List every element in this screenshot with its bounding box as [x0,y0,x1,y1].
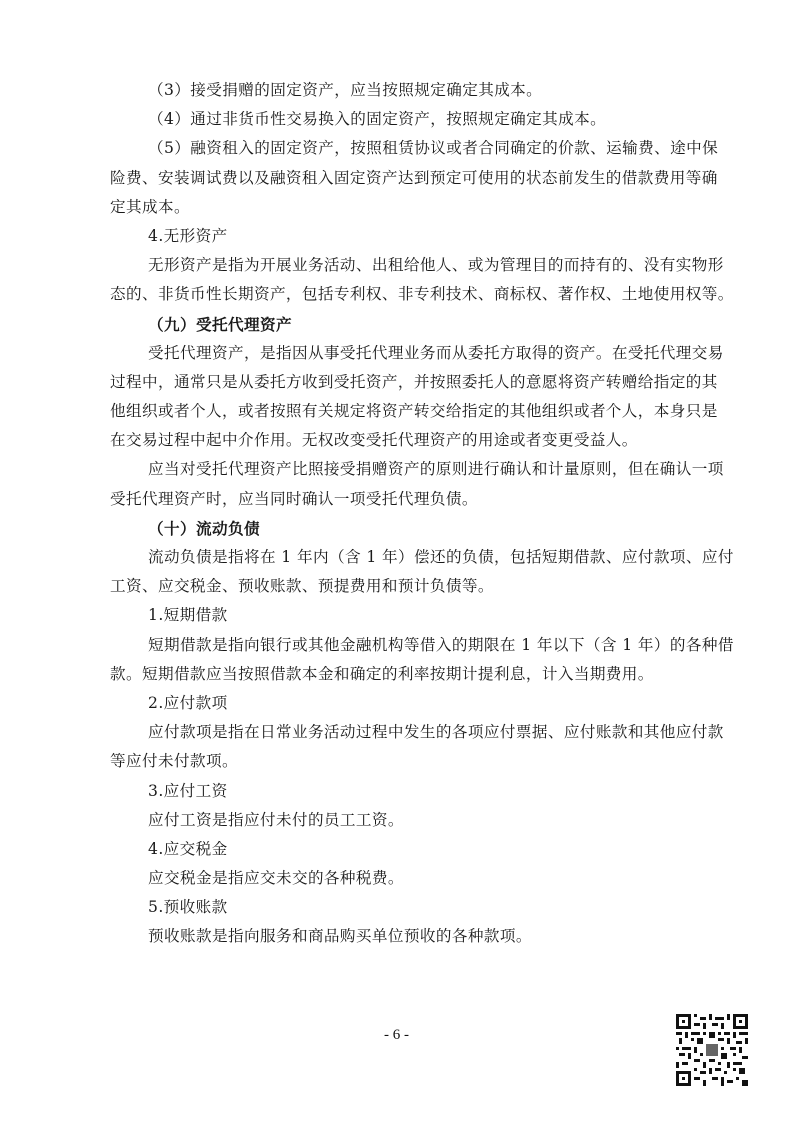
paragraph-line: 短期借款是指向银行或其他金融机构等借入的期限在 1 年以下（含 1 年）的各种借 [110,631,716,660]
paragraph-line: （3）接受捐赠的固定资产，应当按照规定确定其成本。 [110,76,716,105]
paragraph-line: 在交易过程中起中介作用。无权改变受托代理资产的用途或者变更受益人。 [110,426,716,455]
paragraph-line: 应付款项是指在日常业务活动过程中发生的各项应付票据、应付账款和其他应付款 [110,718,716,747]
paragraph-line: 过程中，通常只是从委托方收到受托资产，并按照委托人的意愿将资产转赠给指定的其 [110,368,716,397]
paragraph-line: 险费、安装调试费以及融资租入固定资产达到预定可使用的状态前发生的借款费用等确 [110,164,716,193]
paragraph-line: 定其成本。 [110,193,716,222]
subsection-heading: 4.应交税金 [110,835,716,864]
document-body: （3）接受捐赠的固定资产，应当按照规定确定其成本。 （4）通过非货币性交易换入的… [110,76,716,952]
paragraph-line: 款。短期借款应当按照借款本金和确定的利率按期计提利息，计入当期费用。 [110,660,716,689]
subsection-heading: 4.无形资产 [110,222,716,251]
paragraph-line: 态的、非货币性长期资产，包括专利权、非专利技术、商标权、著作权、土地使用权等。 [110,280,716,309]
paragraph-line: 应交税金是指应交未交的各种税费。 [110,864,716,893]
subsection-heading: 3.应付工资 [110,777,716,806]
paragraph-line: 他组织或者个人，或者按照有关规定将资产转交给指定的其他组织或者个人，本身只是 [110,397,716,426]
subsection-heading: 1.短期借款 [110,601,716,630]
paragraph-line: 受托代理资产时，应当同时确认一项受托代理负债。 [110,485,716,514]
section-heading: （九）受托代理资产 [110,310,716,339]
paragraph-line: 无形资产是指为开展业务活动、出租给他人、或为管理目的而持有的、没有实物形 [110,251,716,280]
paragraph-line: 等应付未付款项。 [110,747,716,776]
paragraph-line: （5）融资租入的固定资产，按照租赁协议或者合同确定的价款、运输费、途中保 [110,134,716,163]
paragraph-line: 受托代理资产，是指因从事受托代理业务而从委托方取得的资产。在受托代理交易 [110,339,716,368]
qr-code-icon [676,1014,748,1086]
subsection-heading: 2.应付款项 [110,689,716,718]
subsection-heading: 5.预收账款 [110,893,716,922]
section-heading: （十）流动负债 [110,514,716,543]
paragraph-line: 工资、应交税金、预收账款、预提费用和预计负债等。 [110,572,716,601]
paragraph-line: 应付工资是指应付未付的员工工资。 [110,806,716,835]
page-number: - 6 - [0,1027,793,1044]
paragraph-line: 应当对受托代理资产比照接受捐赠资产的原则进行确认和计量原则，但在确认一项 [110,455,716,484]
paragraph-line: 预收账款是指向服务和商品购买单位预收的各种款项。 [110,922,716,951]
paragraph-line: （4）通过非货币性交易换入的固定资产，按照规定确定其成本。 [110,105,716,134]
paragraph-line: 流动负债是指将在 1 年内（含 1 年）偿还的负债，包括短期借款、应付款项、应付 [110,543,716,572]
